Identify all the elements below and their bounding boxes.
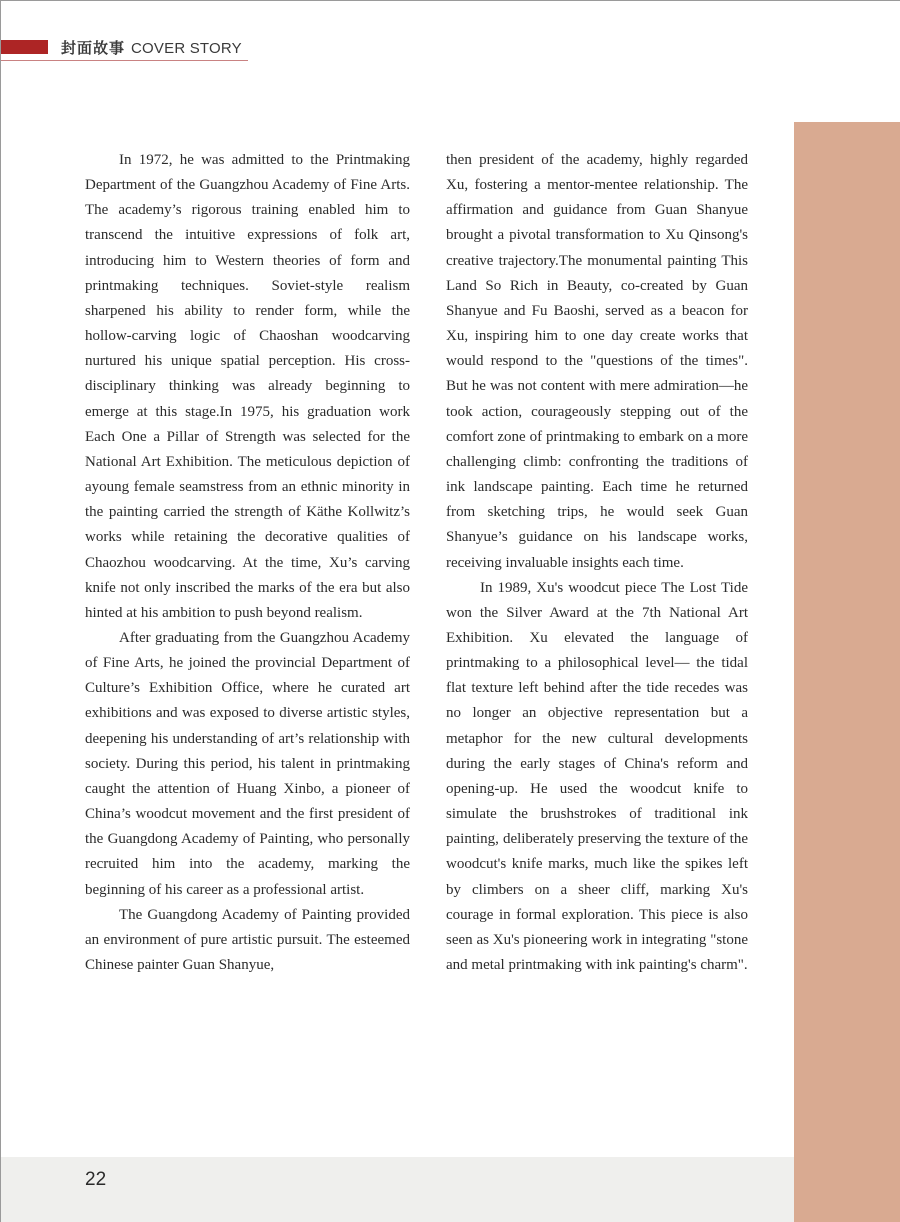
side-accent-block — [794, 122, 900, 1222]
section-title-chinese: 封面故事 — [61, 40, 125, 57]
article-column-right: then president of the academy, highly re… — [446, 148, 748, 978]
section-title: 封面故事COVER STORY — [61, 37, 242, 58]
article-paragraph: In 1972, he was admitted to the Printmak… — [85, 148, 410, 626]
article-paragraph-continuation: then president of the academy, highly re… — [446, 148, 748, 576]
article-paragraph: The Guangdong Academy of Painting provid… — [85, 903, 410, 978]
article-paragraph: In 1989, Xu's woodcut piece The Lost Tid… — [446, 576, 748, 979]
section-header: 封面故事COVER STORY — [0, 36, 250, 62]
section-title-english: COVER STORY — [131, 40, 242, 57]
header-underline — [0, 60, 248, 61]
article-column-left: In 1972, he was admitted to the Printmak… — [85, 148, 410, 978]
page-footer: 22 — [0, 1157, 900, 1222]
article-paragraph: After graduating from the Guangzhou Acad… — [85, 626, 410, 903]
header-accent-bar — [0, 40, 48, 54]
page-number: 22 — [85, 1169, 106, 1191]
